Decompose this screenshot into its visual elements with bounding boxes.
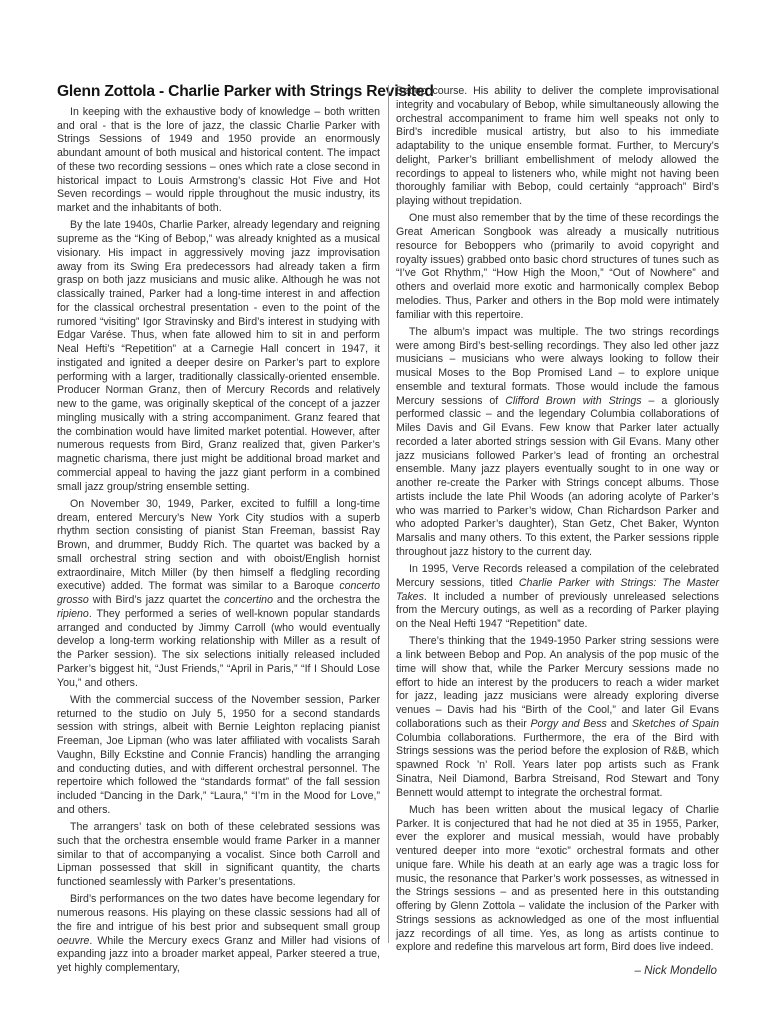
column-right: Bebop course. His ability to deliver the…: [396, 85, 719, 978]
paragraph: There’s thinking that the 1949-1950 Park…: [396, 635, 719, 800]
byline: – Nick Mondello: [396, 964, 719, 978]
paragraph: Bebop course. His ability to deliver the…: [396, 85, 719, 209]
column-left: Glenn Zottola - Charlie Parker with Stri…: [57, 85, 380, 979]
paragraph: In 1995, Verve Records released a compil…: [396, 563, 719, 632]
column-right-paragraphs: Bebop course. His ability to deliver the…: [396, 85, 719, 955]
article-title: Glenn Zottola - Charlie Parker with Stri…: [57, 85, 380, 99]
paragraph: One must also remember that by the time …: [396, 212, 719, 322]
column-divider-line: [388, 85, 389, 943]
document-page: Glenn Zottola - Charlie Parker with Stri…: [0, 0, 768, 1024]
paragraph: The arrangers’ task on both of these cel…: [57, 821, 380, 890]
paragraph: The album’s impact was multiple. The two…: [396, 326, 719, 560]
paragraph: In keeping with the exhaustive body of k…: [57, 106, 380, 216]
paragraph: With the commercial success of the Novem…: [57, 694, 380, 818]
paragraph: By the late 1940s, Charlie Parker, alrea…: [57, 219, 380, 494]
column-left-paragraphs: In keeping with the exhaustive body of k…: [57, 106, 380, 976]
paragraph: On November 30, 1949, Parker, excited to…: [57, 498, 380, 691]
article-columns: Glenn Zottola - Charlie Parker with Stri…: [57, 85, 719, 979]
paragraph: Bird’s performances on the two dates hav…: [57, 893, 380, 976]
paragraph: Much has been written about the musical …: [396, 804, 719, 955]
